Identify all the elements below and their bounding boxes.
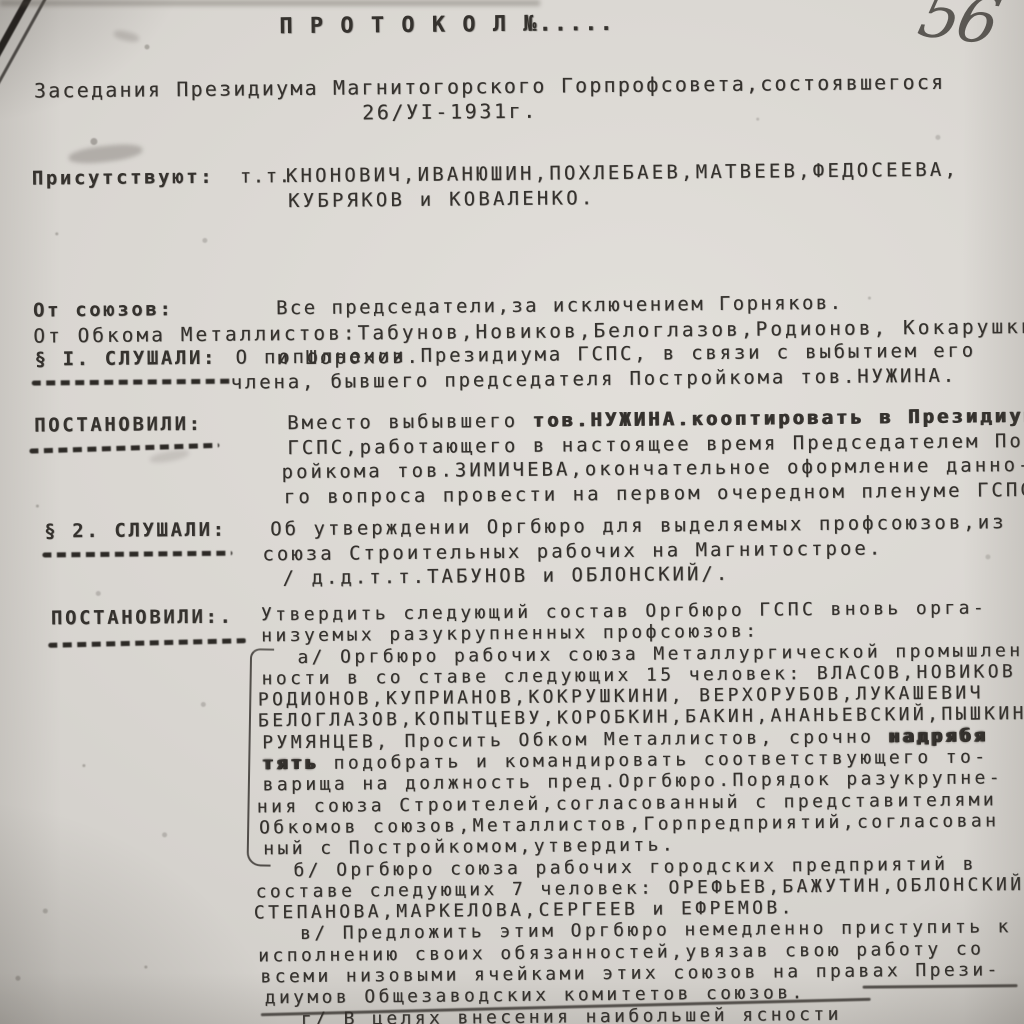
protocol-date: 26/УI-1931г. [362,99,538,125]
attendance-names-line1: КНОНОВИЧ,ИВАНЮШИН,ПОХЛЕБАЕВ,МАТВЕЕВ,ФЕДО… [286,159,960,187]
handwritten-page-number: 56 [912,0,1004,59]
resolution1-heading-underline [29,443,219,454]
protocol-subtitle: Заседания Президиума Магнитогорского Гор… [34,70,946,103]
from-unions-label: От союзов: [33,298,174,321]
resolution2-body: Утвердить следующий состав Оргбюро ГСПС … [261,597,1024,1024]
ink-smudge [113,29,140,44]
item1-heading: § I. СЛУШАЛИ: [34,347,217,371]
item1-heading-underline [32,379,232,386]
resolution1-line1-start: Вместо выбывшего [287,410,533,434]
ink-smudge [149,448,190,465]
item2-heading-underline [42,551,232,558]
from-unions-text: Все председатели,за исключением Горняков… [276,292,844,319]
resolution1-body: Вместо выбывшего тов.НУЖИНА.кооптировать… [287,404,1024,510]
margin-brace [247,648,275,866]
protocol-page: П Р О Т О К О Л №..... Заседания Президи… [0,0,1024,1024]
item1-body: О пополнении Президиума ГСПС, в связи с … [235,339,976,395]
protocol-title: П Р О Т О К О Л №..... [279,11,615,39]
resolution2-heading: ПОСТАНОВИЛИ:. [51,606,234,630]
from-obkom-label: От Обкома Металлистов: [33,321,357,347]
attendance-names-line2: КУБРЯКОВ и КОВАЛЕНКО. [288,187,596,212]
attendance-label: Присутствуют: [32,166,215,190]
resolution1-line1-emphasis: тов.НУЖИНА.кооптировать в Президиум [532,405,1024,432]
resolution2-line7-overstrike: надрябя [889,725,989,747]
item2-heading: § 2. СЛУШАЛИ: [44,519,227,543]
item2-body: Об утверждении Оргбюро для выделяемых пр… [270,510,1007,591]
attendance-prefix: т.т. [240,165,292,187]
top-edge-shadow [0,0,540,6]
resolution1-heading: ПОСТАНОВИЛИ: [34,413,203,437]
resolution2-heading-underline [48,638,246,648]
ink-smudge [68,142,143,166]
